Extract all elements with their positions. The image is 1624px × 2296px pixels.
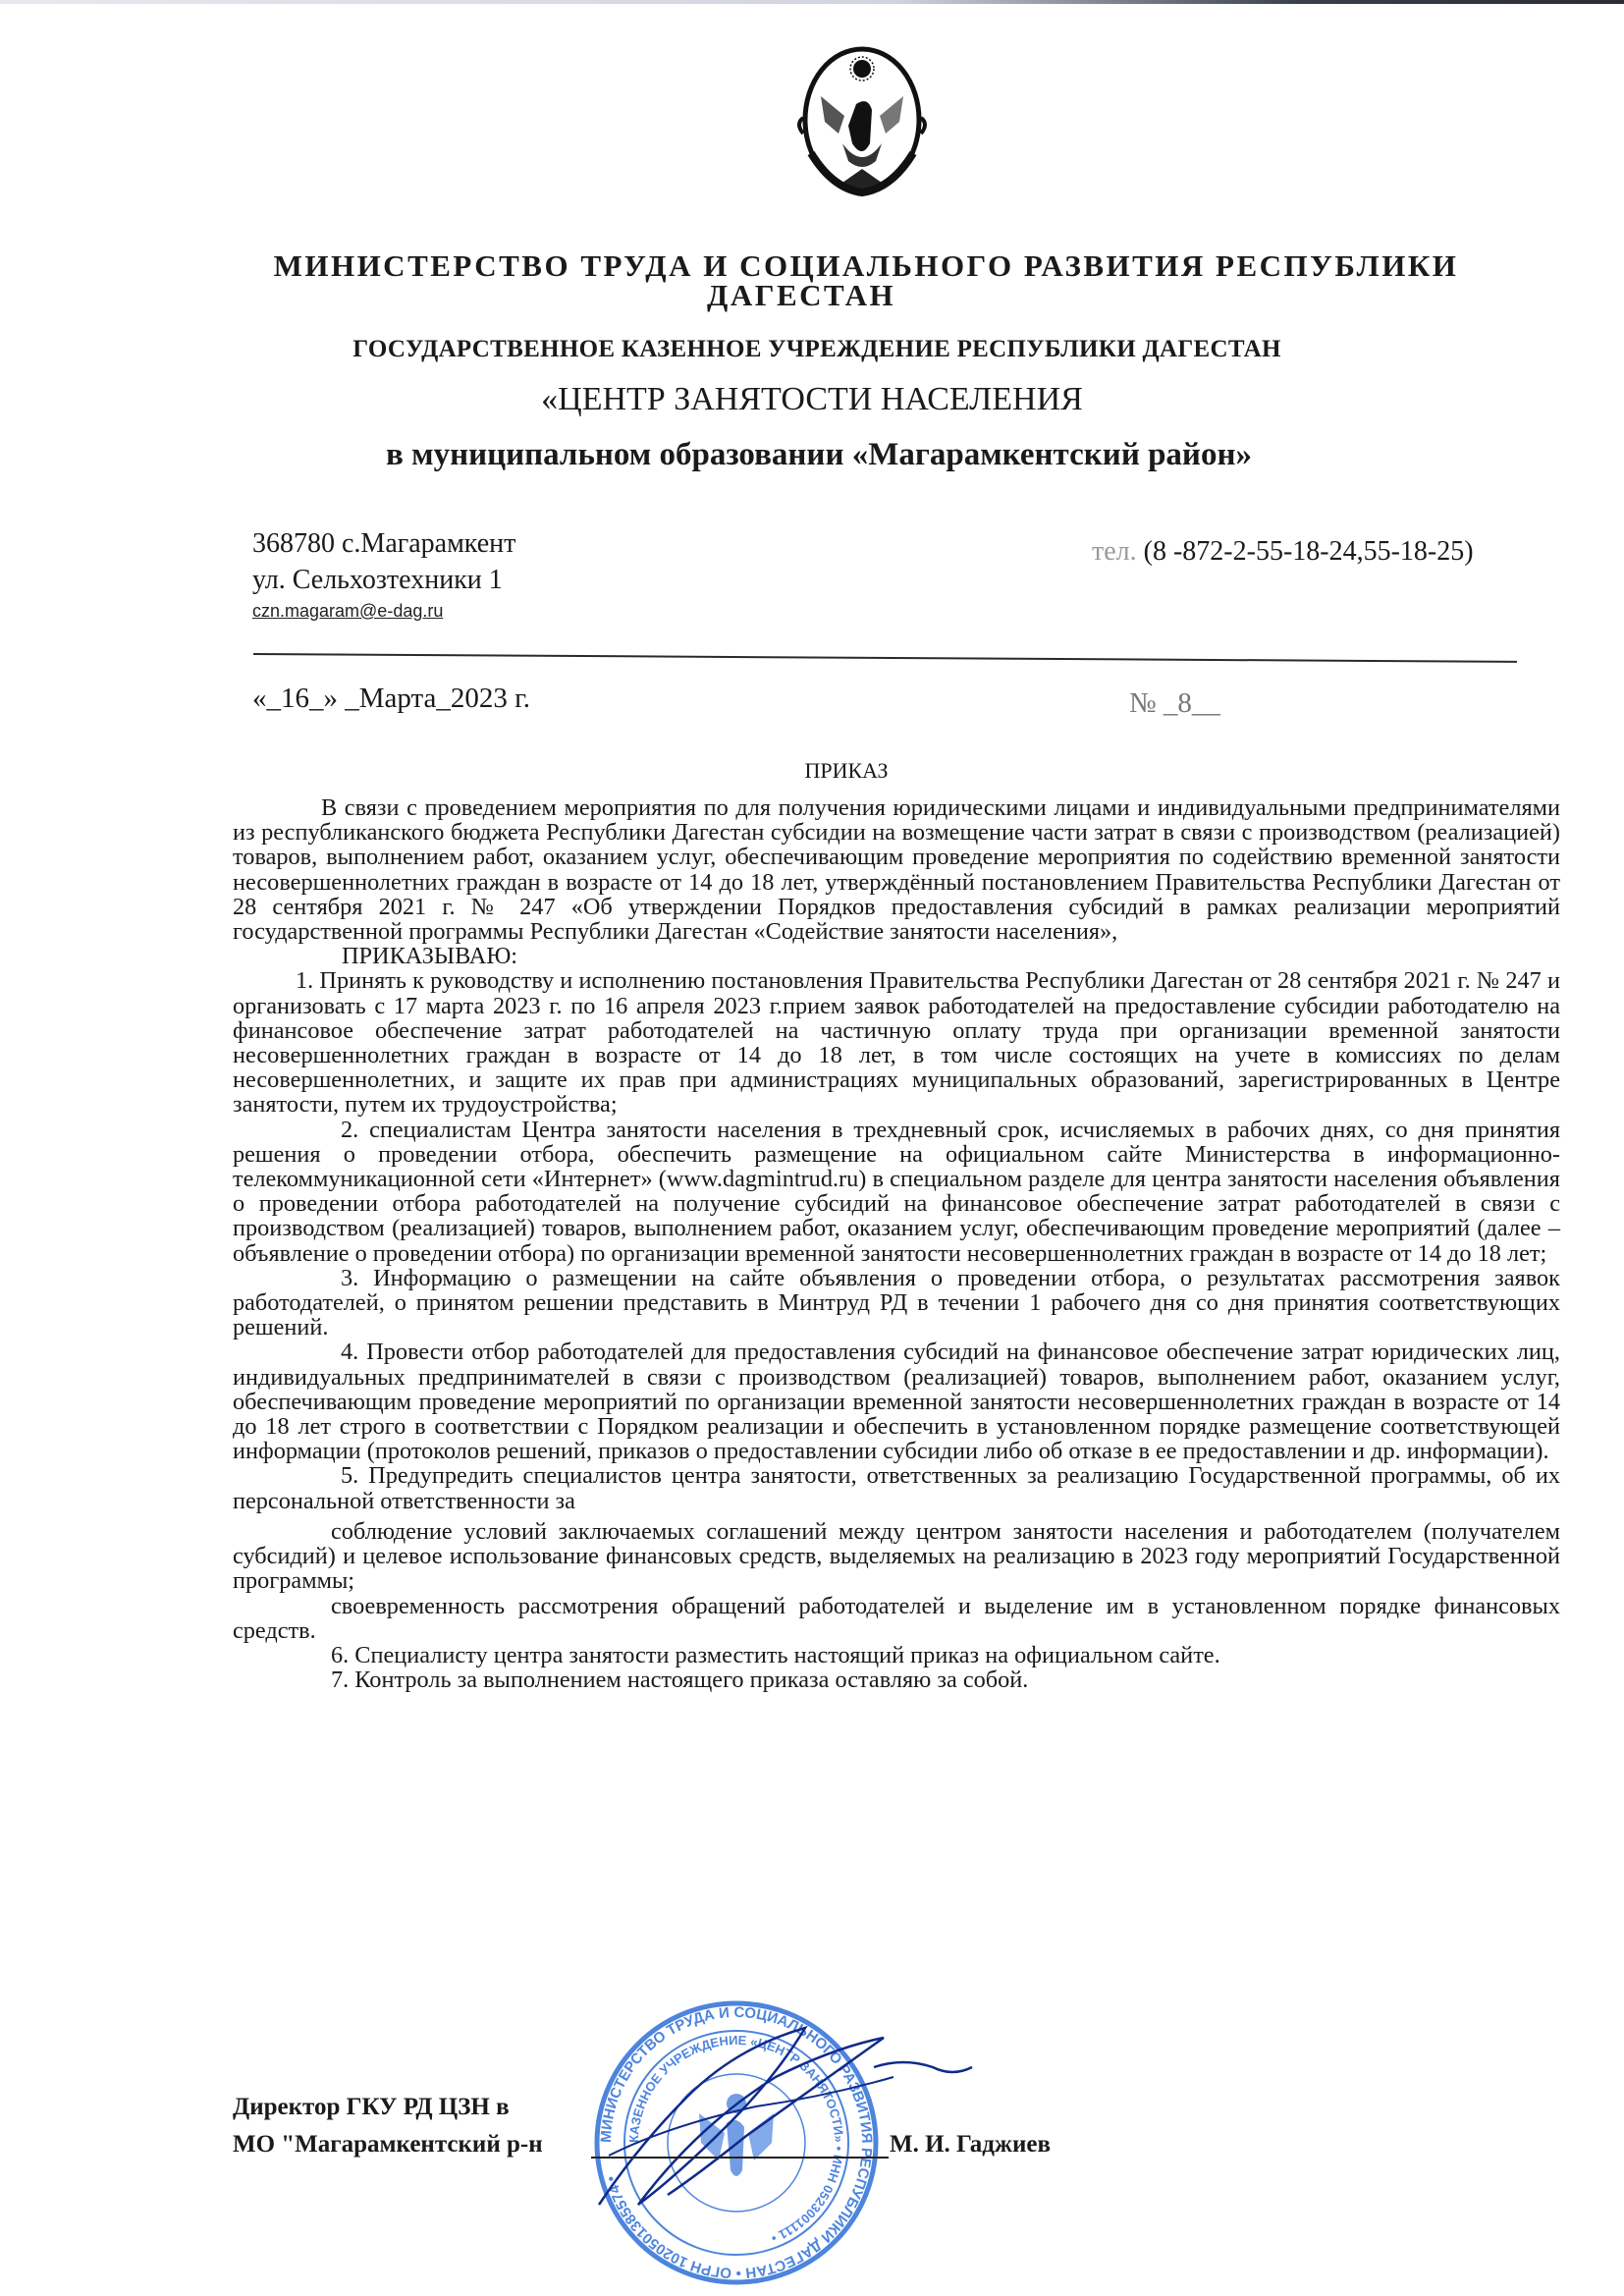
document-body: В связи с проведением мероприятия по для… — [233, 795, 1560, 1692]
signer-position-line-1: Директор ГКУ РД ЦЗН в — [233, 2094, 510, 2121]
order-date: «_16_» _Марта_2023 г. — [252, 683, 530, 715]
phone-label: тел. — [1092, 536, 1137, 567]
address-line-2: ул. Сельхозтехники 1 — [252, 565, 503, 596]
signature-line — [591, 2157, 889, 2159]
signer-name: М. И. Гаджиев — [890, 2131, 1051, 2159]
center-name: «ЦЕНТР ЗАНЯТОСТИ НАСЕЛЕНИЯ — [0, 381, 1624, 418]
institution-name: ГОСУДАРСТВЕННОЕ КАЗЕННОЕ УЧРЕЖДЕНИЕ РЕСП… — [0, 336, 1624, 363]
order-item-6: 6. Специалисту центра занятости размести… — [233, 1643, 1560, 1667]
order-item-2: 2. специалистам Центра занятости населен… — [233, 1118, 1560, 1266]
order-item-5-sub-1: соблюдение условий заключаемых соглашени… — [233, 1519, 1560, 1594]
ministry-name-cont: ДАГЕСТАН — [707, 278, 895, 313]
order-item-5-sub-2: своевременность рассмотрения обращений р… — [233, 1594, 1560, 1643]
order-number: № _8__ — [1129, 687, 1220, 720]
order-word: ПРИКАЗЫВАЮ: — [233, 944, 1560, 968]
order-item-3: 3. Информацию о размещении на сайте объя… — [233, 1266, 1560, 1340]
address-line-1: 368780 с.Магарамкент — [252, 528, 515, 560]
signature-scribble — [579, 2008, 1011, 2234]
order-item-1: 1. Принять к руководству и исполнению по… — [233, 968, 1560, 1117]
document-title: ПРИКАЗ — [0, 758, 1624, 784]
order-item-4: 4. Провести отбор работодателей для пред… — [233, 1339, 1560, 1463]
email-link[interactable]: czn.magaram@e-dag.ru — [252, 601, 443, 622]
signer-position-line-2: МО "Магарамкентский р-н — [233, 2131, 543, 2159]
order-item-5: 5. Предупредить специалистов центра заня… — [233, 1463, 1560, 1512]
order-item-7: 7. Контроль за выполнением настоящего пр… — [233, 1667, 1560, 1692]
municipality-name: в муниципальном образовании «Магарамкент… — [0, 437, 1624, 473]
phone-block: тел. (8 -872-2-55-18-24,55-18-25) — [1092, 536, 1474, 568]
preamble: В связи с проведением мероприятия по для… — [233, 795, 1560, 944]
scan-edge — [0, 0, 1624, 4]
coat-of-arms-icon — [774, 35, 950, 212]
header-divider — [253, 653, 1517, 663]
phone-number: (8 -872-2-55-18-24,55-18-25) — [1144, 536, 1474, 567]
